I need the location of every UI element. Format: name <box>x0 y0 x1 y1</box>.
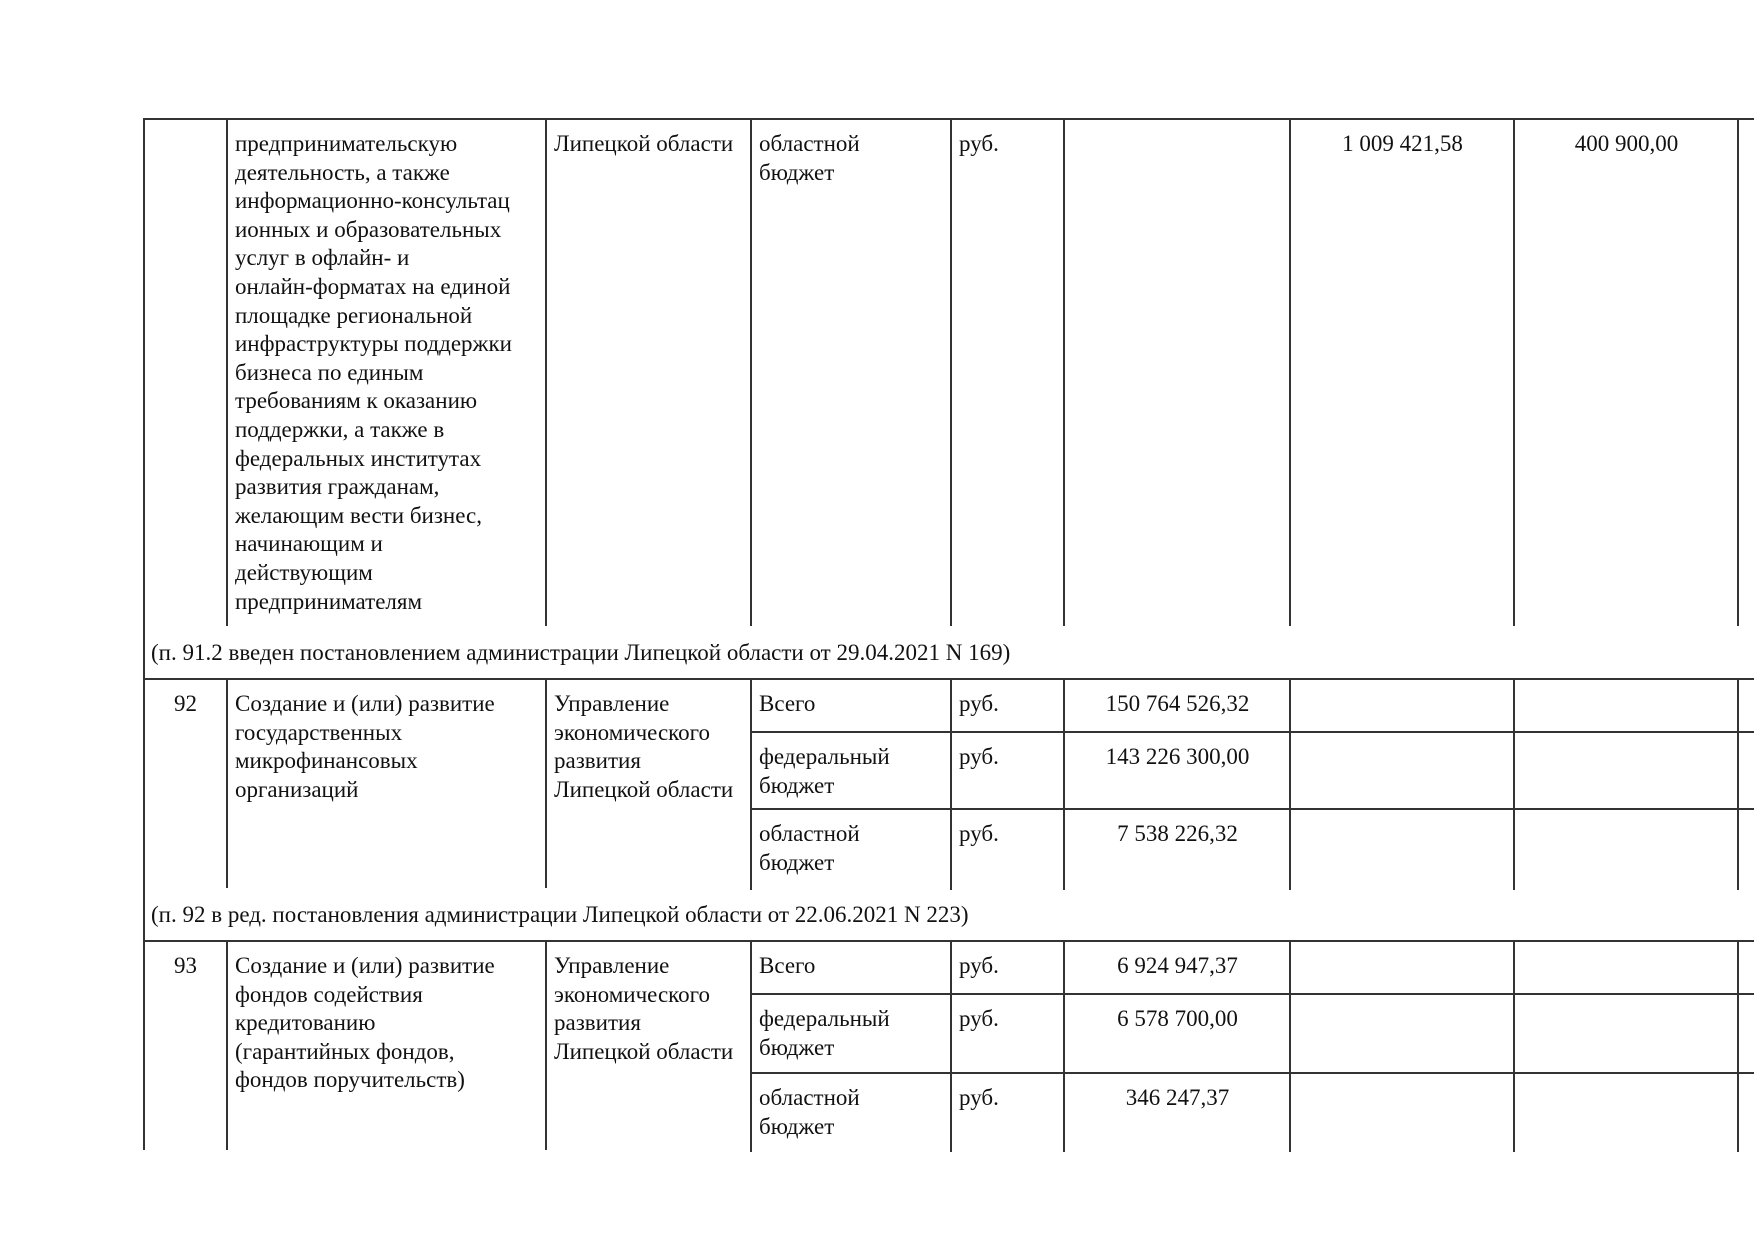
amount-col7 <box>1513 810 1737 890</box>
row-number: 93 <box>143 942 226 1150</box>
document-page: предпринимательскую деятельность, а такж… <box>0 0 1754 1240</box>
table-cell-clipped <box>1737 810 1754 890</box>
table-cell-clipped <box>1737 942 1754 993</box>
unit: руб. <box>950 733 1063 810</box>
funding-source: областной бюджет <box>750 1074 950 1152</box>
unit: руб. <box>950 942 1063 993</box>
table-cell-clipped <box>1737 120 1754 626</box>
executor: Управление экономического развития Липец… <box>545 680 750 888</box>
table-cell-clipped <box>1737 733 1754 810</box>
unit: руб. <box>950 120 1063 626</box>
amount-col6 <box>1289 680 1513 731</box>
funding-subrow: федеральный бюджет руб. 143 226 300,00 <box>750 731 1754 810</box>
funding-source: Всего <box>750 680 950 731</box>
executor: Липецкой области <box>545 120 750 626</box>
funding-subrow: областной бюджет руб. 7 538 226,32 <box>750 808 1754 890</box>
budget-table: предпринимательскую деятельность, а такж… <box>143 118 1754 1150</box>
amount-col5: 7 538 226,32 <box>1063 810 1289 890</box>
amount-col7 <box>1513 733 1737 810</box>
amount-col5: 143 226 300,00 <box>1063 733 1289 810</box>
funding-subrows: Всего руб. 150 764 526,32 федеральный бю… <box>750 680 1754 888</box>
funding-source: федеральный бюджет <box>750 733 950 810</box>
amount-col7 <box>1513 1074 1737 1152</box>
amount-col6 <box>1289 942 1513 993</box>
unit: руб. <box>950 995 1063 1074</box>
amendment-note-text: (п. 92 в ред. постановления администраци… <box>151 902 969 927</box>
amount-col5: 346 247,37 <box>1063 1074 1289 1152</box>
measure-description: предпринимательскую деятельность, а такж… <box>226 120 545 626</box>
table-row: 92 Создание и (или) развитие государстве… <box>143 678 1754 888</box>
funding-source: областной бюджет <box>750 810 950 890</box>
amount-col6 <box>1289 1074 1513 1152</box>
funding-source: федеральный бюджет <box>750 995 950 1074</box>
row-number: 92 <box>143 680 226 888</box>
funding-subrows: Всего руб. 6 924 947,37 федеральный бюдж… <box>750 942 1754 1150</box>
amount-col6 <box>1289 733 1513 810</box>
table-cell-clipped <box>1737 995 1754 1074</box>
measure-description: Создание и (или) развитие государственны… <box>226 680 545 888</box>
amount-col5: 6 924 947,37 <box>1063 942 1289 993</box>
amendment-note: (п. 91.2 введен постановлением администр… <box>143 626 1754 678</box>
amount-col5 <box>1063 120 1289 626</box>
amount-col6 <box>1289 810 1513 890</box>
amount-col7 <box>1513 942 1737 993</box>
amendment-note: (п. 92 в ред. постановления администраци… <box>143 888 1754 940</box>
amount-col7 <box>1513 680 1737 731</box>
amount-col6: 1 009 421,58 <box>1289 120 1513 626</box>
table-cell-clipped <box>1737 680 1754 731</box>
measure-description: Создание и (или) развитие фондов содейст… <box>226 942 545 1150</box>
table-cell-clipped <box>1737 1074 1754 1152</box>
amount-col5: 6 578 700,00 <box>1063 995 1289 1074</box>
funding-subrow: областной бюджет руб. 346 247,37 <box>750 1072 1754 1152</box>
executor: Управление экономического развития Липец… <box>545 942 750 1150</box>
unit: руб. <box>950 810 1063 890</box>
amount-col6 <box>1289 995 1513 1074</box>
unit: руб. <box>950 680 1063 731</box>
funding-subrow: федеральный бюджет руб. 6 578 700,00 <box>750 993 1754 1074</box>
funding-subrow: Всего руб. 6 924 947,37 <box>750 942 1754 993</box>
funding-source: Всего <box>750 942 950 993</box>
amount-col5: 150 764 526,32 <box>1063 680 1289 731</box>
table-row: 93 Создание и (или) развитие фондов соде… <box>143 940 1754 1150</box>
unit: руб. <box>950 1074 1063 1152</box>
row-number <box>143 120 226 626</box>
amendment-note-text: (п. 91.2 введен постановлением администр… <box>151 640 1010 665</box>
funding-subrow: Всего руб. 150 764 526,32 <box>750 680 1754 731</box>
amount-col7 <box>1513 995 1737 1074</box>
funding-source: областной бюджет <box>750 120 950 626</box>
table-row: предпринимательскую деятельность, а такж… <box>143 118 1754 626</box>
amount-col7: 400 900,00 <box>1513 120 1737 626</box>
